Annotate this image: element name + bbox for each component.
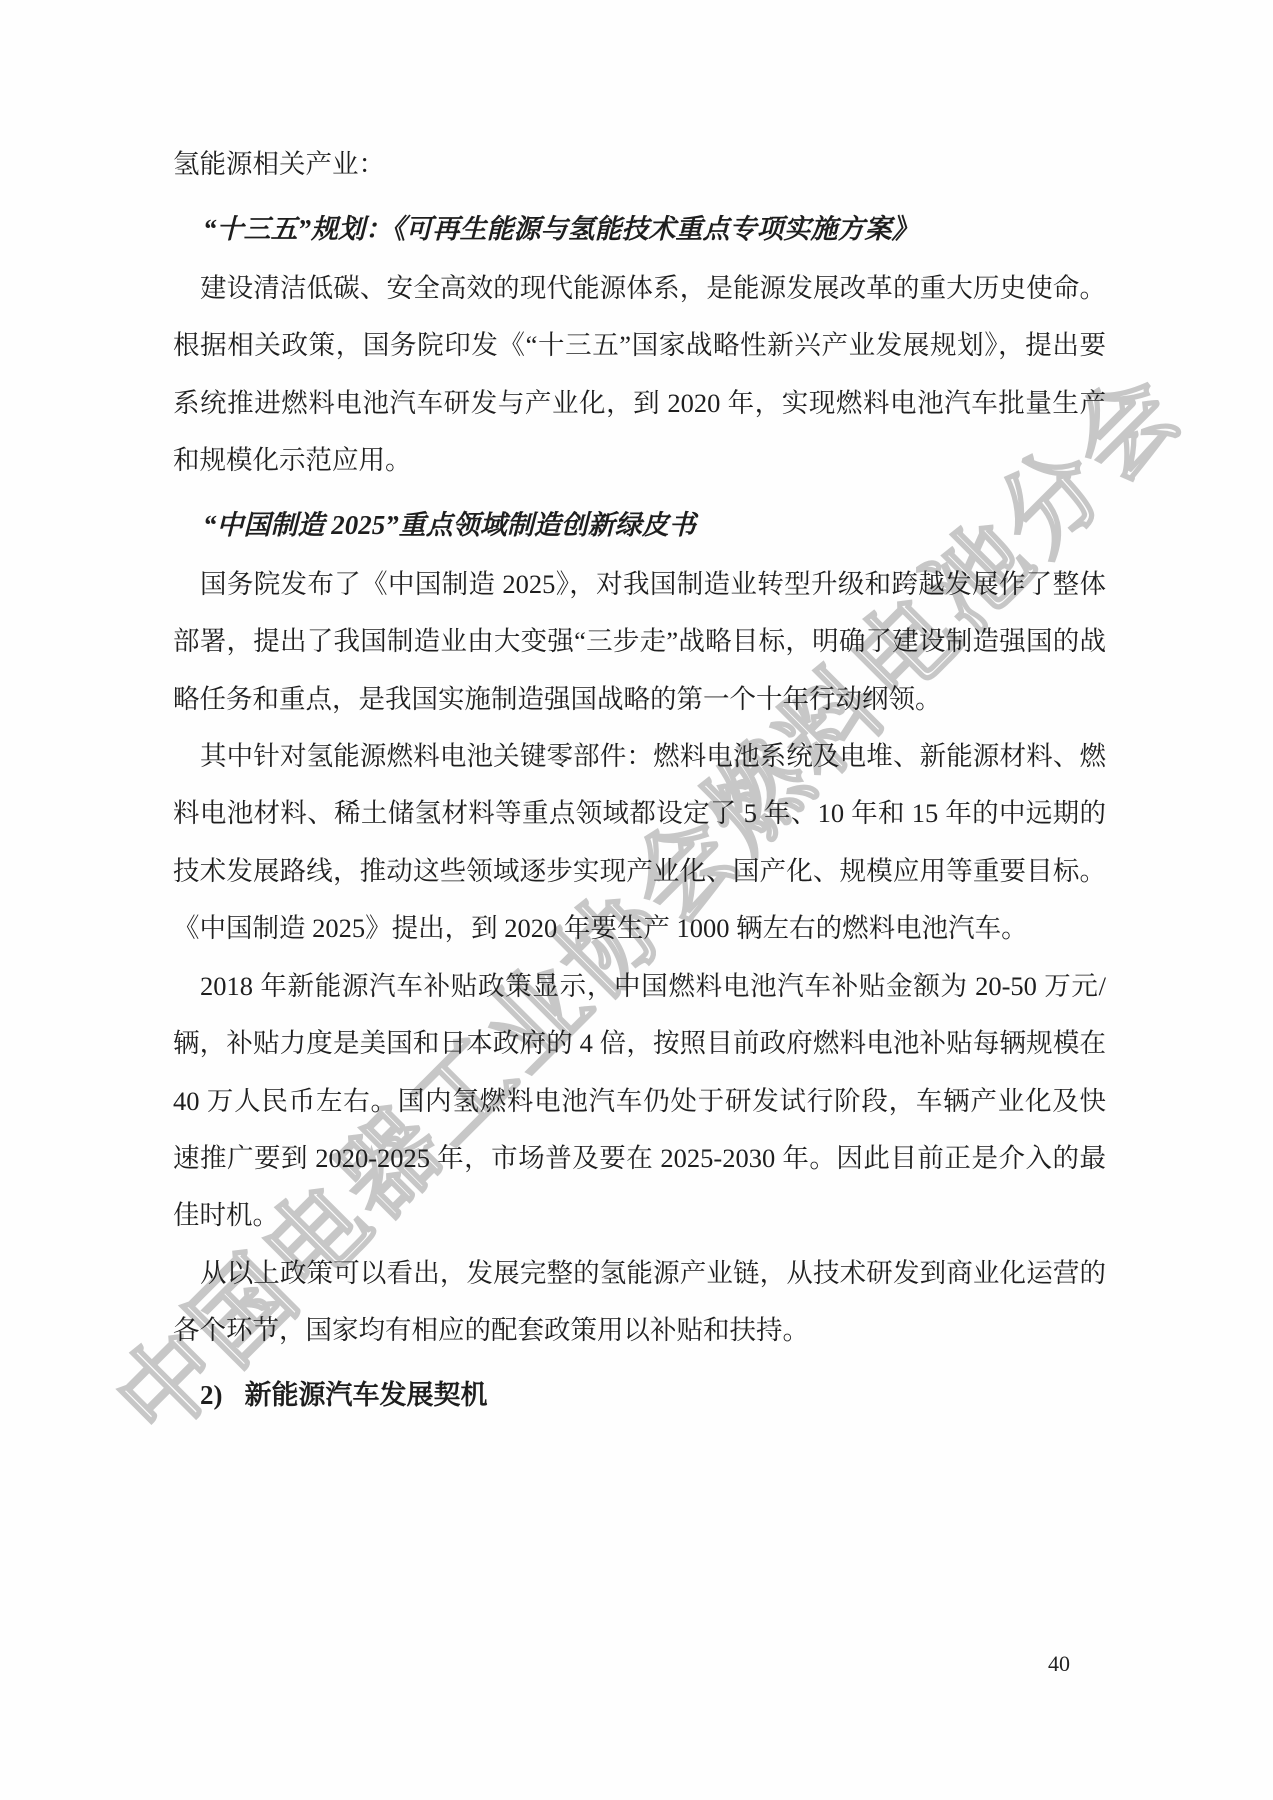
- page-number: 40: [1048, 1650, 1070, 1678]
- paragraph-2018-subsidy-policy: 2018 年新能源汽车补贴政策显示，中国燃料电池汽车补贴金额为 20-50 万元…: [173, 958, 1106, 1245]
- heading-new-energy-vehicle-opportunity: 2)新能源汽车发展契机: [173, 1367, 1106, 1424]
- paragraph-policy-conclusion: 从以上政策可以看出，发展完整的氢能源产业链，从技术研发到商业化运营的各个环节，国…: [173, 1245, 1106, 1360]
- heading-title: 新能源汽车发展契机: [245, 1380, 488, 1410]
- paragraph-state-council-2025: 国务院发布了《中国制造 2025》，对我国制造业转型升级和跨越发展作了整体部署，…: [173, 556, 1106, 728]
- document-body: 氢能源相关产业： “十三五”规划：《可再生能源与氢能技术重点专项实施方案》 建设…: [173, 136, 1106, 1424]
- paragraph-industry-lead: 氢能源相关产业：: [173, 136, 1106, 193]
- heading-13th-five-year-plan: “十三五”规划：《可再生能源与氢能技术重点专项实施方案》: [173, 201, 1106, 258]
- heading-made-in-china-2025: “中国制造 2025”重点领域制造创新绿皮书: [173, 497, 1106, 554]
- heading-number: 2): [200, 1380, 223, 1410]
- document-page: 中国电器工业协会燃料电池分会 氢能源相关产业： “十三五”规划：《可再生能源与氢…: [0, 0, 1273, 1800]
- paragraph-energy-system: 建设清洁低碳、安全高效的现代能源体系，是能源发展改革的重大历史使命。根据相关政策…: [173, 260, 1106, 490]
- paragraph-fuel-cell-components: 其中针对氢能源燃料电池关键零部件：燃料电池系统及电堆、新能源材料、燃料电池材料、…: [173, 728, 1106, 958]
